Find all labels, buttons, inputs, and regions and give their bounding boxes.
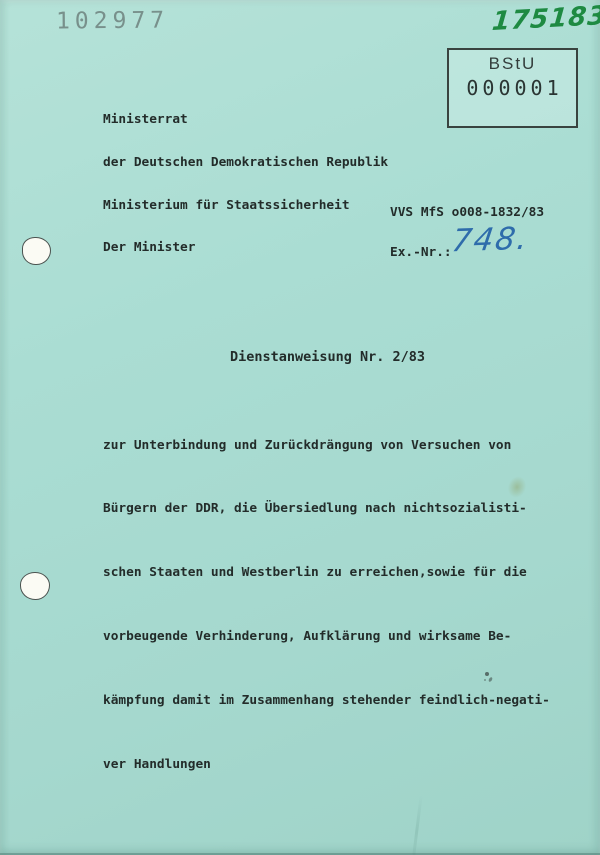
bstu-serial-number: 000001 bbox=[449, 76, 576, 100]
bstu-label: BStU bbox=[449, 54, 576, 74]
ink-speck bbox=[483, 671, 495, 685]
letterhead-line: Ministerium für Staatssicherheit bbox=[103, 199, 388, 213]
subject-line: Bürgern der DDR, die Übersiedlung nach n… bbox=[103, 498, 550, 519]
subject-line: zur Unterbindung und Zurückdrängung von … bbox=[103, 435, 550, 456]
handwritten-copy-number: 748. bbox=[449, 221, 531, 260]
hole-punch-bottom bbox=[20, 572, 50, 600]
document-page: 102977 175183 BStU 000001 Ministerrat de… bbox=[0, 0, 600, 855]
letterhead-line: Ministerrat bbox=[103, 113, 388, 127]
letterhead-line: der Deutschen Demokratischen Republik bbox=[103, 156, 388, 170]
handwritten-archive-number: 175183 bbox=[491, 1, 600, 37]
subject-line: schen Staaten und Westberlin zu erreiche… bbox=[103, 562, 550, 583]
hole-punch-top bbox=[22, 237, 51, 265]
copy-number-label: Ex.-Nr.: bbox=[390, 245, 452, 260]
classification-number: VVS MfS o008-1832/83 bbox=[390, 205, 544, 220]
letterhead: Ministerrat der Deutschen Demokratischen… bbox=[103, 85, 388, 284]
archive-number-stamp: 102977 bbox=[56, 8, 169, 35]
document-title: Dienstanweisung Nr. 2/83 bbox=[230, 349, 425, 365]
letterhead-line: Der Minister bbox=[103, 241, 388, 255]
subject-line: ver Handlungen bbox=[103, 754, 550, 775]
document-subject: zur Unterbindung und Zurückdrängung von … bbox=[103, 392, 550, 818]
subject-line: vorbeugende Verhinderung, Aufklärung und… bbox=[103, 626, 550, 647]
bstu-stamp-box: BStU 000001 bbox=[447, 48, 578, 128]
subject-line: kämpfung damit im Zusammenhang stehender… bbox=[103, 690, 550, 711]
